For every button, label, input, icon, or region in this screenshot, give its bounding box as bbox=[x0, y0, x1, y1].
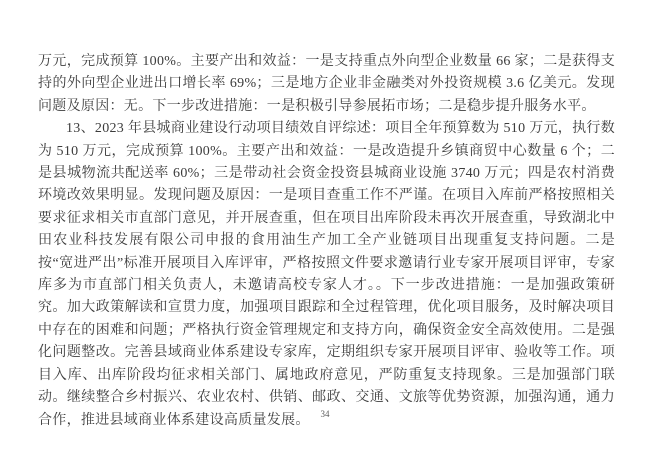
document-page: 万元，完成预算 100%。主要产出和效益：一是支持重点外向型企业数量 66 家；… bbox=[0, 0, 650, 459]
page-number: 34 bbox=[0, 409, 650, 419]
body-paragraph-continuation: 万元，完成预算 100%。主要产出和效益：一是支持重点外向型企业数量 66 家；… bbox=[38, 51, 615, 118]
body-paragraph-item-13: 13、2023 年县城商业建设行动项目绩效自评综述：项目全年预算数为 510 万… bbox=[38, 118, 615, 432]
document-body: 万元，完成预算 100%。主要产出和效益：一是支持重点外向型企业数量 66 家；… bbox=[38, 51, 615, 432]
